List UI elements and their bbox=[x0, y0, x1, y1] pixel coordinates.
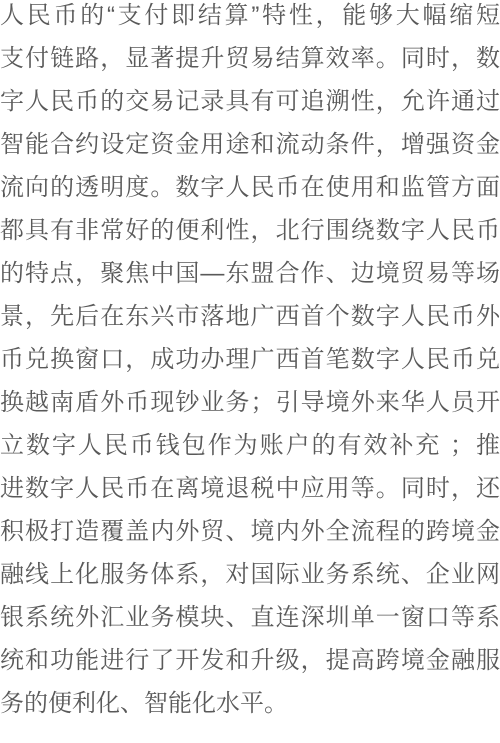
article-text-block: 人民币的“支付即结算”特性，能够大幅缩短 支付链路，显著提升贸易结算效率。同时，… bbox=[0, 0, 500, 725]
paragraph-line: 务的便利化、智能化水平。 bbox=[0, 682, 500, 725]
paragraph-line: 币兑换窗口，成功办理广西首笔数字人民币兑 bbox=[0, 338, 500, 381]
paragraph-line: 换越南盾外币现钞业务；引导境外来华人员开 bbox=[0, 381, 500, 424]
paragraph-line: 立数字人民币钱包作为账户的有效补充 ；推 bbox=[0, 424, 500, 467]
paragraph-line: 银系统外汇业务模块、直连深圳单一窗口等系 bbox=[0, 596, 500, 639]
paragraph-line: 进数字人民币在离境退税中应用等。同时，还 bbox=[0, 467, 500, 510]
paragraph-line: 支付链路，显著提升贸易结算效率。同时，数 bbox=[0, 37, 500, 80]
paragraph-line: 智能合约设定资金用途和流动条件，增强资金 bbox=[0, 123, 500, 166]
paragraph-line: 流向的透明度。数字人民币在使用和监管方面 bbox=[0, 166, 500, 209]
paragraph-line: 统和功能进行了开发和升级，提高跨境金融服 bbox=[0, 639, 500, 682]
paragraph-line: 融线上化服务体系，对国际业务系统、企业网 bbox=[0, 553, 500, 596]
paragraph-line: 景，先后在东兴市落地广西首个数字人民币外 bbox=[0, 295, 500, 338]
paragraph-line: 积极打造覆盖内外贸、境内外全流程的跨境金 bbox=[0, 510, 500, 553]
paragraph-line: 都具有非常好的便利性，北行围绕数字人民币 bbox=[0, 209, 500, 252]
paragraph-line: 的特点，聚焦中国—东盟合作、边境贸易等场 bbox=[0, 252, 500, 295]
paragraph-line: 字人民币的交易记录具有可追溯性，允许通过 bbox=[0, 80, 500, 123]
paragraph-line: 人民币的“支付即结算”特性，能够大幅缩短 bbox=[0, 0, 500, 37]
